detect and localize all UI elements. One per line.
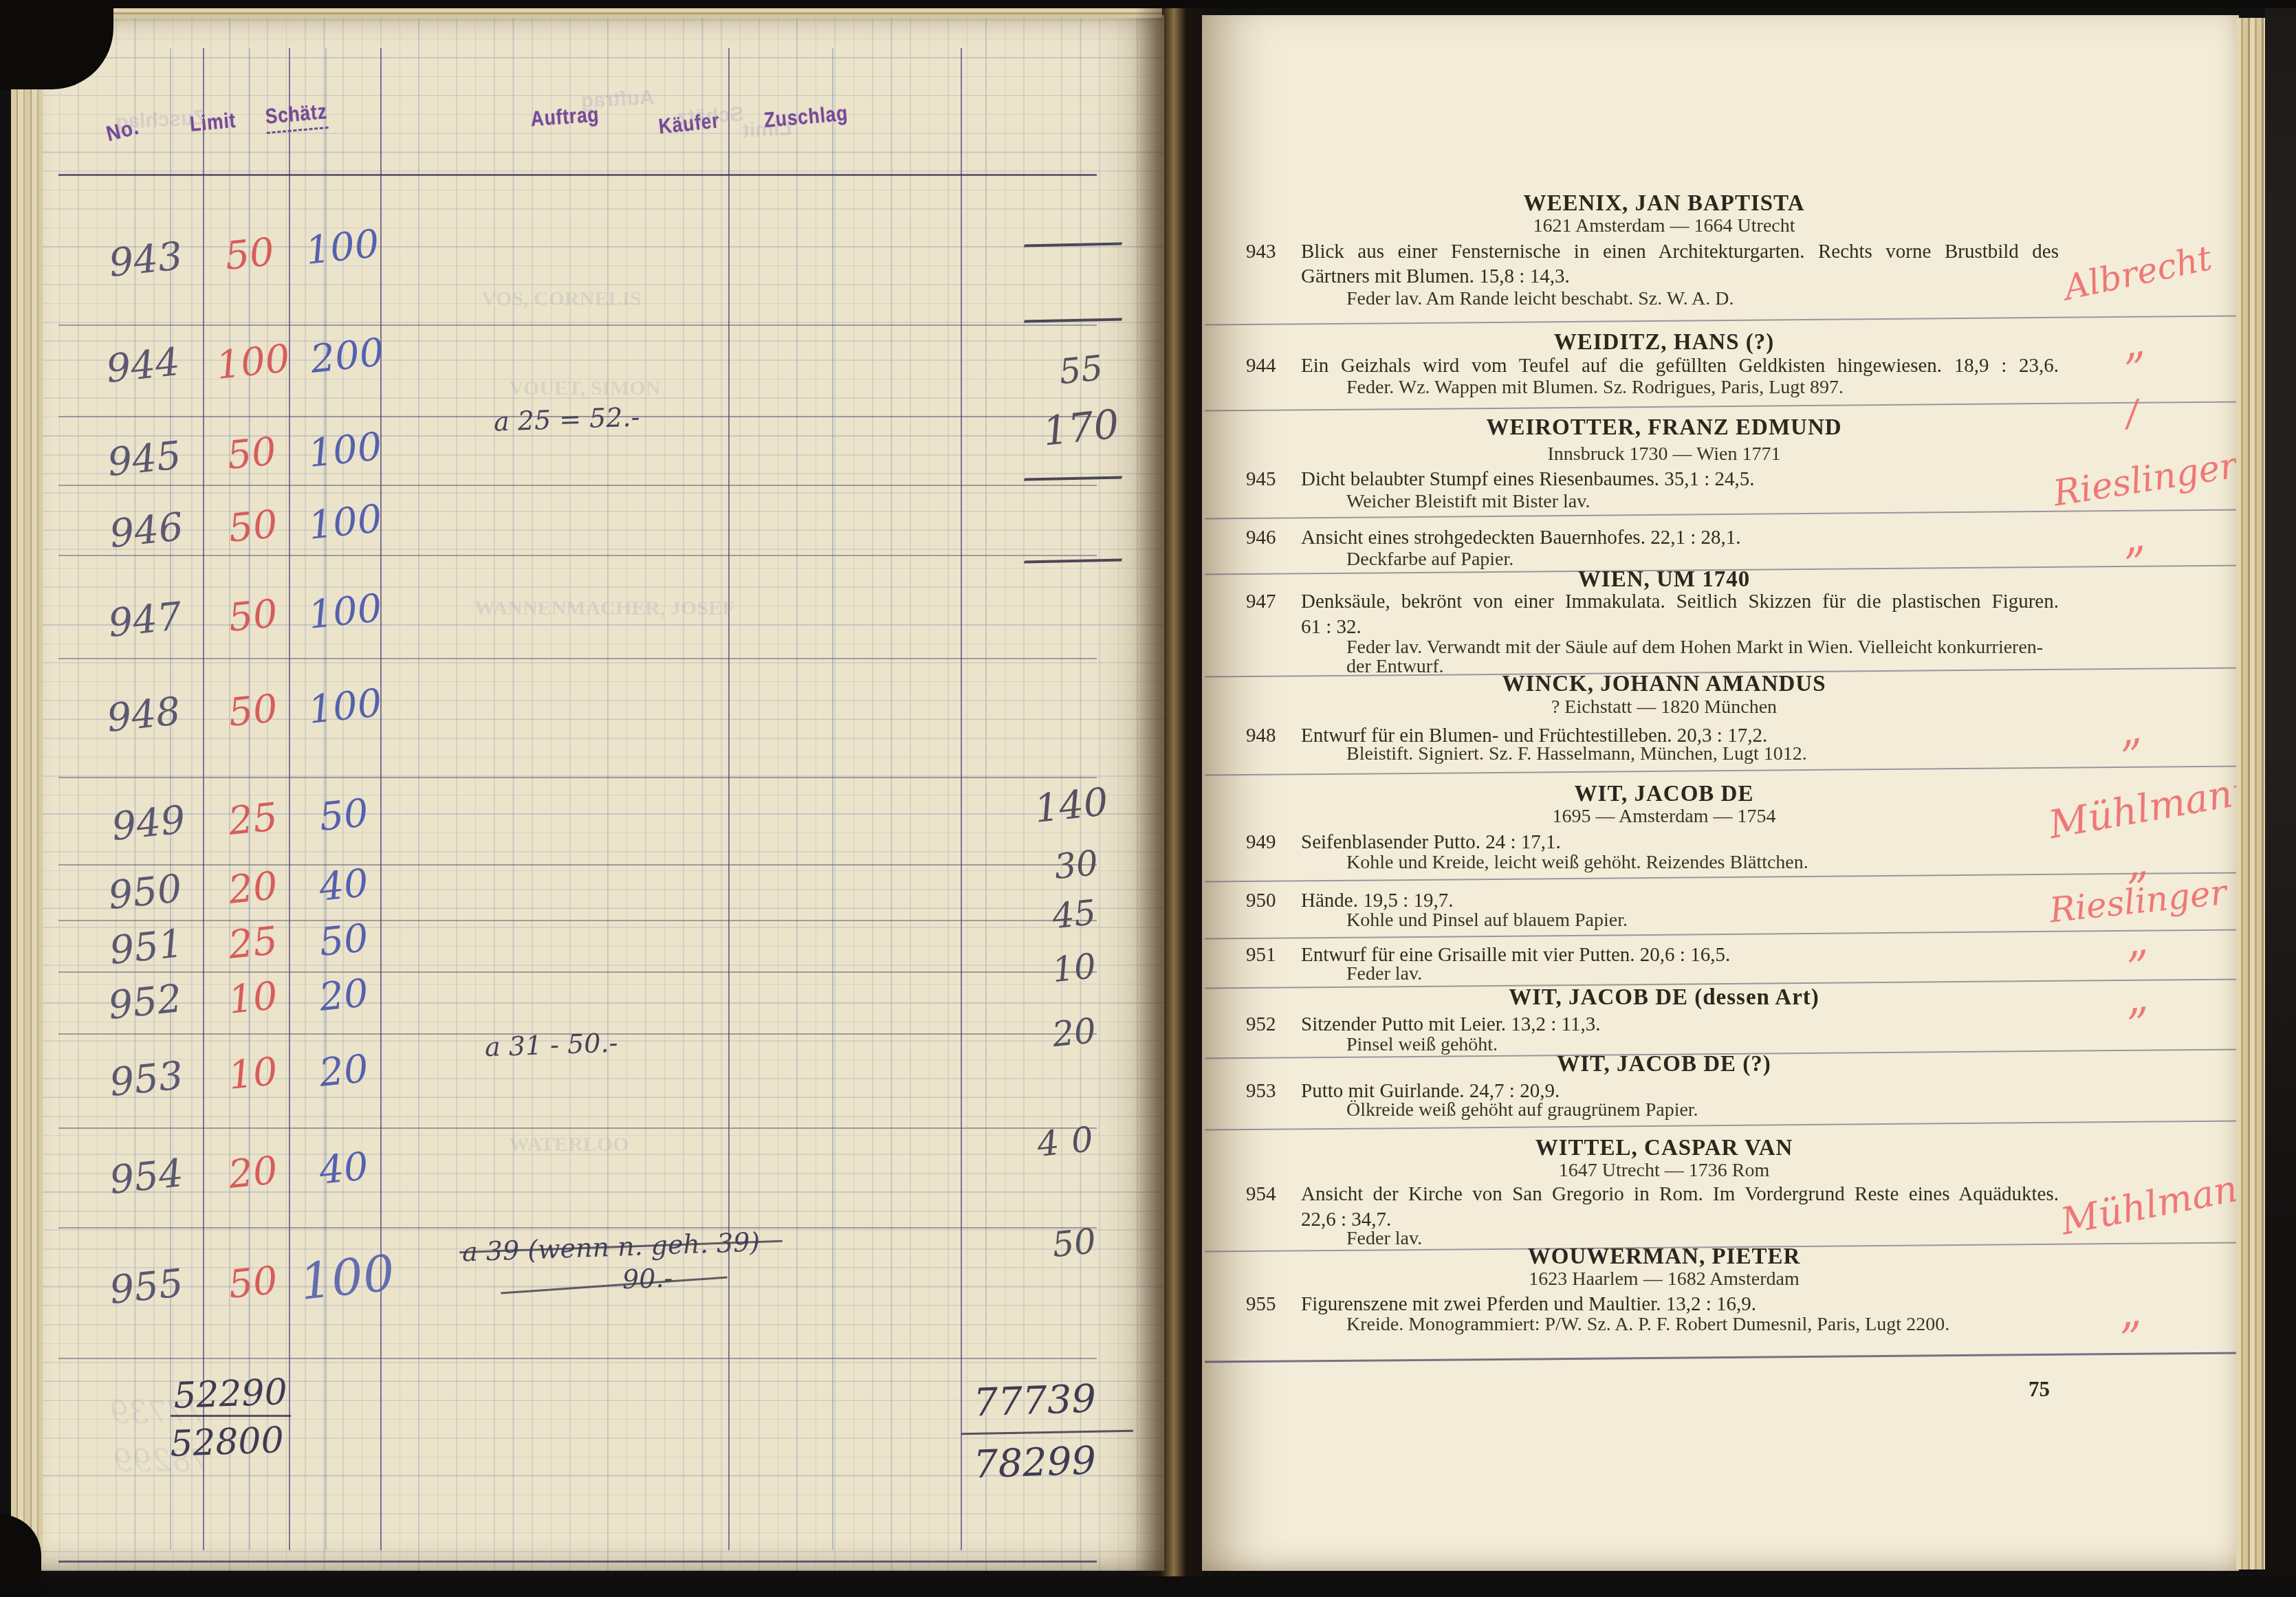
ledger-rule-h (58, 920, 1097, 921)
limit-cell: 50 (226, 1258, 280, 1308)
ledger-rule-h (58, 658, 1097, 659)
schaetz-cell: 100 (306, 681, 384, 733)
zuschlag-total: 77739 (973, 1376, 1097, 1425)
schaetz-cell: 40 (317, 861, 371, 910)
schaetz-cell: 50 (317, 791, 371, 840)
ledger-rule-h (58, 1227, 1097, 1229)
zuschlag-total-2: 78299 (973, 1438, 1097, 1487)
lot-number-cell: 954 (107, 1151, 185, 1203)
zuschlag-cell: 40 (1035, 1118, 1107, 1165)
artist-heading: WITTEL, CASPAR VAN (1535, 1136, 1793, 1161)
lot-technique: Pinsel weiß gehöht. (1346, 1034, 1498, 1056)
zuschlag-cell: 55 (1057, 348, 1104, 392)
zuschlag-dash: — (1016, 533, 1129, 583)
page-stack-edge-right (2236, 18, 2266, 1570)
lot-number: 950 (1246, 890, 1276, 912)
schaetz-cell: 40 (317, 1144, 371, 1193)
lot-number-cell: 953 (107, 1053, 185, 1105)
artist-dates: ? Eichstatt — 1820 München (1551, 696, 1777, 718)
ghost-heading: WATERLOO (509, 1133, 628, 1156)
lot-technique: Ölkreide weiß gehöht auf graugrünem Papi… (1346, 1099, 1698, 1121)
limit-cell: 50 (226, 591, 280, 641)
ledger-rule-v (728, 48, 730, 1550)
lot-text: Denksäule, bekrönt von einer Immakulata.… (1301, 591, 2059, 613)
lot-number: 954 (1246, 1183, 1276, 1206)
lot-technique: Weicher Bleistift mit Bister lav. (1346, 491, 1590, 513)
limit-cell: 50 (226, 502, 280, 551)
lot-technique: Kohle und Pinsel auf blauem Papier. (1346, 910, 1628, 932)
leather-cover-top (0, 0, 2296, 8)
lot-technique: Feder lav. Am Rande leicht beschabt. Sz.… (1346, 288, 1734, 310)
schaetz-cell: 50 (317, 916, 371, 965)
total-underline (171, 1415, 291, 1417)
lot-number: 951 (1246, 944, 1276, 967)
limit-cell: 10 (226, 1049, 280, 1099)
lot-number-cell: 955 (107, 1261, 185, 1313)
lot-text: Dicht belaubter Stumpf eines Riesenbaume… (1301, 468, 2059, 491)
lot-number: 944 (1246, 355, 1276, 377)
lot-technique: Feder lav. Verwandt mit der Säule auf de… (1346, 637, 2043, 659)
limit-cell: 50 (223, 230, 276, 279)
lot-number: 947 (1246, 591, 1276, 613)
ledger-rule-v (289, 48, 290, 1550)
lot-number-cell: 952 (106, 976, 184, 1028)
zuschlag-cell: 140 (1032, 780, 1110, 832)
artist-dates: 1623 Haarlem — 1682 Amsterdam (1529, 1268, 1799, 1290)
lot-technique: der Entwurf. (1346, 656, 1444, 678)
artist-dates: Innsbruck 1730 — Wien 1771 (1548, 443, 1781, 465)
lot-number: 946 (1246, 527, 1276, 549)
limit-total: 52290 (173, 1372, 287, 1417)
auftrag-note2-struck: 90.- (622, 1263, 673, 1295)
schaetz-cell: 20 (317, 971, 371, 1020)
zuschlag-cell: 170 (1040, 400, 1121, 454)
ghost-stamp: Zuschlag (115, 107, 206, 135)
lot-text: 61 : 32. (1301, 616, 2059, 639)
scanned-auction-ledger: No. Limit Schätz Auftrag Käufer Zuschlag… (0, 0, 2296, 1597)
ledger-page (40, 15, 1164, 1571)
schaetz-cell: 100 (306, 424, 384, 476)
ledger-rule-v (380, 48, 382, 1550)
lot-technique: Bleistift. Signiert. Sz. F. Hasselmann, … (1346, 743, 1807, 765)
artist-heading: WEIROTTER, FRANZ EDMUND (1486, 415, 1841, 441)
artist-dates: 1695 — Amsterdam — 1754 (1552, 806, 1775, 828)
lot-number-cell: 944 (104, 340, 182, 392)
auftrag-note: a 31 - 50.- (484, 1028, 618, 1063)
artist-heading: WEIDITZ, HANS (?) (1554, 330, 1774, 355)
ledger-rule-h (58, 971, 1097, 973)
limit-cell: 20 (226, 1148, 280, 1198)
ledger-rule-h (58, 555, 1097, 556)
limit-cell: 50 (225, 429, 278, 478)
lot-number: 952 (1246, 1013, 1276, 1036)
lot-number-cell: 949 (109, 797, 187, 850)
zuschlag-cell: 20 (1050, 1011, 1097, 1055)
schaetz-cell: 20 (317, 1046, 371, 1096)
lot-number-cell: 946 (107, 505, 185, 557)
lot-number-cell: 947 (106, 594, 184, 646)
zuschlag-cell: 30 (1052, 843, 1100, 887)
schaetz-cell: 100 (306, 496, 384, 549)
lot-number-cell: 943 (107, 234, 184, 286)
ledger-rule-h (58, 864, 1097, 866)
lot-text: Blick aus einer Fensternische in einen A… (1301, 241, 2059, 263)
limit-cell: 25 (226, 795, 280, 844)
leather-cover-bottom (0, 1576, 2296, 1597)
ghost-heading: VOS, CORNELIS (481, 287, 642, 311)
ledger-rule-h (58, 1358, 1097, 1359)
lot-number: 953 (1246, 1080, 1276, 1103)
lot-number-cell: 951 (107, 921, 185, 973)
artist-heading: WOUWERMAN, PIETER (1528, 1244, 1801, 1270)
limit-cell: 100 (214, 336, 292, 388)
zuschlag-cell: 10 (1050, 946, 1097, 990)
schaetz-cell: 100 (303, 221, 381, 274)
zuschlag-dash: — (1016, 292, 1129, 342)
ledger-rule-h (58, 1127, 1097, 1129)
lot-technique: Deckfarbe auf Papier. (1346, 549, 1513, 571)
schaetz-cell: 100 (306, 586, 384, 638)
auftrag-note: a 25 = 52.- (493, 401, 640, 437)
zuschlag-cell: 45 (1050, 892, 1097, 936)
lot-text: Ansicht der Kirche von San Gregorio in R… (1301, 1183, 2059, 1206)
artist-dates: 1621 Amsterdam — 1664 Utrecht (1533, 215, 1795, 237)
limit-cell: 50 (226, 686, 280, 736)
artist-heading: WIT, JACOB DE (1575, 782, 1754, 807)
ledger-rule-h (58, 777, 1097, 778)
lot-number-cell: 948 (105, 689, 182, 741)
ledger-rule-v (961, 48, 962, 1550)
lot-technique: Kohle und Kreide, leicht weiß gehöht. Re… (1346, 852, 1808, 874)
ledger-rule-v (203, 48, 204, 1550)
artist-heading: WINCK, JOHANN AMANDUS (1502, 672, 1826, 697)
lot-technique: Kreide. Monogrammiert: P/W. Sz. A. P. F.… (1346, 1314, 1949, 1336)
artist-dates: 1647 Utrecht — 1736 Rom (1559, 1160, 1769, 1182)
ghost-heading: VOUET, SIMON (509, 377, 661, 400)
page-stack-edge-top (41, 7, 1162, 18)
column-header-schaetz: Schätz (264, 99, 328, 134)
page-number: 75 (2029, 1377, 2050, 1402)
lot-number-cell: 950 (106, 866, 184, 918)
lot-technique: Feder. Wz. Wappen mit Blumen. Sz. Rodrig… (1346, 377, 1844, 399)
ledger-rule-h (58, 1561, 1097, 1563)
schaetz-cell: 100 (297, 1244, 397, 1311)
lot-number: 948 (1246, 725, 1276, 747)
ghost-stamp: Auftrag (580, 86, 655, 113)
lot-text: Gärtners mit Blumen. 15,8 : 14,3. (1301, 265, 2059, 288)
schaetz-cell: 200 (308, 330, 386, 382)
ledger-rule-h (58, 324, 1097, 326)
ledger-rule-h (58, 485, 1097, 486)
lot-number: 943 (1246, 241, 1276, 263)
limit-cell: 20 (226, 863, 280, 913)
artist-heading: WIT, JACOB DE (?) (1557, 1052, 1771, 1077)
lot-number: 945 (1246, 468, 1276, 491)
lot-technique: Feder lav. (1346, 1228, 1422, 1250)
lot-text: Seifenblasender Putto. 24 : 17,1. (1301, 831, 2059, 854)
zuschlag-cell: 50 (1050, 1221, 1097, 1265)
page-stack-edge-left (11, 21, 43, 1563)
leather-cover-right (2265, 0, 2296, 1597)
lot-number: 949 (1246, 831, 1276, 854)
artist-heading: WIEN, UM 1740 (1578, 567, 1750, 593)
lot-text: Ein Geizhals wird vom Teufel auf die gef… (1301, 355, 2059, 377)
artist-heading: WIT, JACOB DE (dessen Art) (1509, 985, 1819, 1011)
zuschlag-dash: — (1016, 450, 1129, 500)
ledger-rule-v (832, 48, 833, 1550)
limit-cell: 25 (226, 918, 280, 968)
ghost-heading: WANNENMACHER, JOSEF (474, 597, 734, 620)
ghost-stamp: Schätz (677, 102, 744, 129)
lot-technique: Feder lav. (1346, 963, 1422, 985)
limit-total-2: 52800 (169, 1420, 284, 1465)
lot-text: Sitzender Putto mit Leier. 13,2 : 11,3. (1301, 1013, 2059, 1036)
ledger-rule-h (58, 174, 1097, 176)
artist-heading: WEENIX, JAN BAPTISTA (1523, 191, 1804, 217)
zuschlag-dash: — (1016, 217, 1129, 267)
lot-text: Figurenszene mit zwei Pferden und Maulti… (1301, 1293, 2059, 1316)
book-gutter (1135, 7, 1210, 1583)
ghost-stamp: Limit (742, 117, 792, 143)
lot-number-cell: 945 (105, 433, 183, 485)
limit-cell: 10 (226, 973, 280, 1023)
lot-text: Ansicht eines strohgedeckten Bauernhofes… (1301, 527, 2059, 549)
lot-number: 955 (1246, 1293, 1276, 1316)
